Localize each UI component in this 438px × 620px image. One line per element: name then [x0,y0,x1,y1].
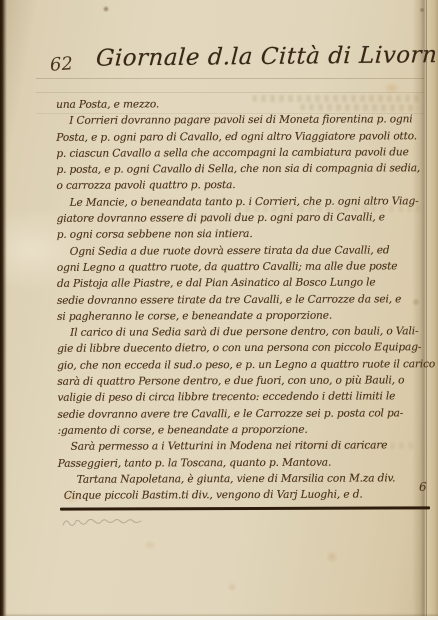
manuscript-line: Sarà permesso a i Vetturini in Modena ne… [58,437,434,455]
pencil-annotation [60,514,152,532]
manuscript-line: da Pistoja alle Piastre, e dal Pian Asin… [57,274,433,292]
book-gutter-edge [0,0,7,620]
manuscript-line: sedie dovranno avere tre Cavalli, e le C… [57,405,433,423]
manuscript-line: gie di libbre duecento dietro, o con una… [57,340,433,358]
manuscript-line: Posta, e p. ogni paro di Cavallo, ed ogn… [56,128,432,146]
manuscript-line: ogni Legno a quattro ruote, da quattro C… [57,258,433,276]
manuscript-text-block: una Posta, e mezzo. I Corrieri dovranno … [56,95,434,504]
manuscript-line: I Corrieri dovranno pagare pavoli sei di… [56,111,432,129]
manuscript-line: Cinque piccoli Bastim.ti div., vengono d… [58,486,434,504]
manuscript-line: p. ogni corsa sebbene non sia intiera. [57,226,433,244]
manuscript-scan: 62 Giornale d.la Città di Livorno una Po… [0,0,438,620]
manuscript-line: o carrozza pavoli quattro p. posta. [56,177,432,195]
manuscript-line: Ogni Sedia a due ruote dovrà essere tira… [57,242,433,260]
faint-ruled-line [36,92,424,93]
faint-ruled-line [36,78,424,79]
manuscript-line: una Posta, e mezzo. [56,95,432,113]
manuscript-line: gio, che non ecceda il sud.o peso, e p. … [57,356,433,374]
manuscript-line: Il carico di una Sedia sarà di due perso… [57,323,433,341]
manuscript-line: Tartana Napoletana, è giunta, viene di M… [58,470,434,488]
manuscript-line: giatore dovranno essere di pavoli due p.… [57,209,433,227]
manuscript-line: Passeggieri, tanto p. la Toscana, quanto… [58,454,434,472]
manuscript-line: sarà di quattro Persone dentro, e due fu… [57,372,433,390]
manuscript-line: valigie di peso di circa libbre trecento… [57,389,433,407]
page-number: 62 [49,53,73,76]
manuscript-line: si pagheranno le corse, e beneandate a p… [57,307,433,325]
manuscript-line: Le Mancie, o beneandata tanto p. i Corri… [57,193,433,211]
marginal-number: 6 [419,480,427,494]
scan-bottom-edge [0,616,438,620]
manuscript-line: p. posta, e p. ogni Cavallo di Sella, ch… [56,160,432,178]
manuscript-line: p. ciascun Cavallo a sella che accompagn… [56,144,432,162]
manuscript-line: :gamento di corse, e beneandate a propor… [58,421,434,439]
page-title: Giornale d.la Città di Livorno [95,42,417,71]
manuscript-line: sedie dovranno essere tirate da tre Cava… [57,291,433,309]
